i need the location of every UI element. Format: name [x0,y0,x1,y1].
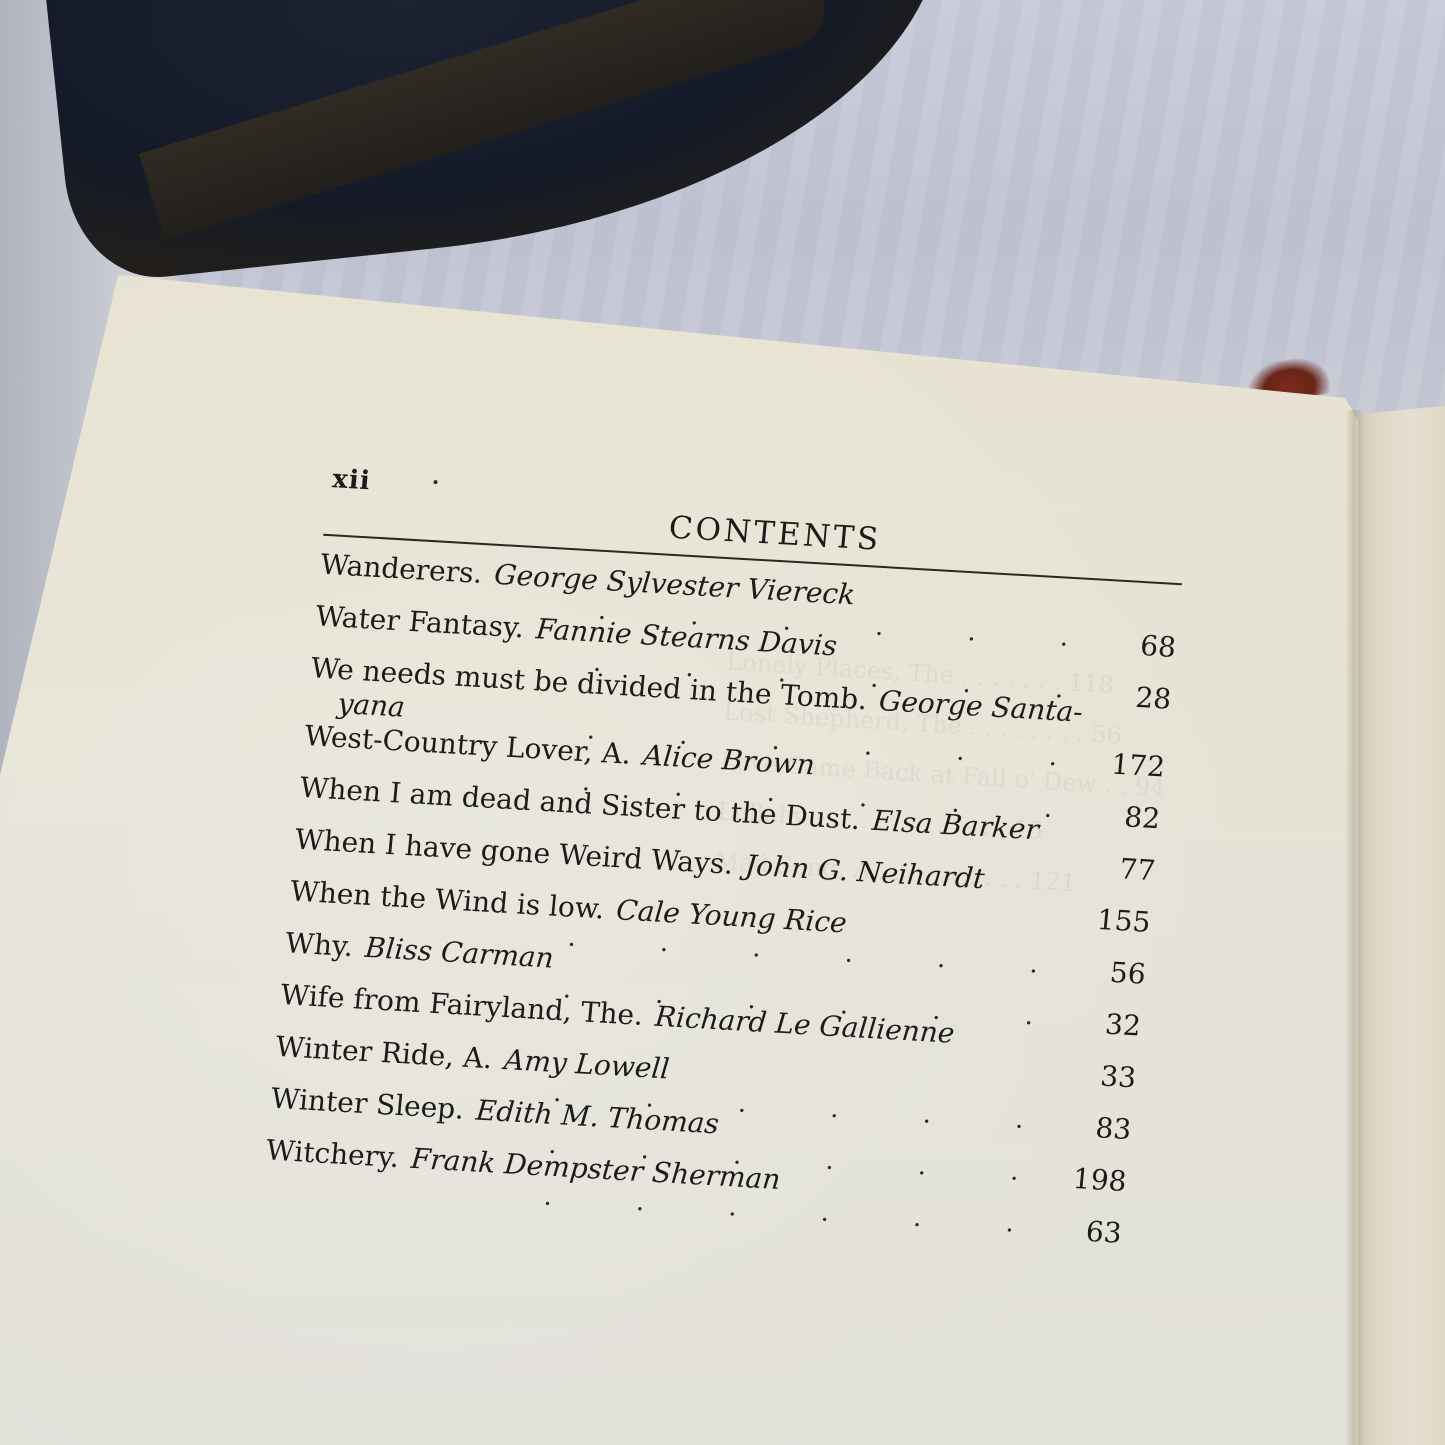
entry-title: Witchery. [265,1134,401,1175]
entry-title: Why. [284,926,355,963]
ink-speck [433,480,437,484]
book-photo: Lonely Places, The . . . . . . . 118 Los… [0,0,1445,1445]
gutter-shadow [1345,410,1363,1445]
entry-author-continuation: yana [336,687,406,725]
contents-text-block: xii CONTENTS Wanderers.George Sylvester … [263,462,1189,1235]
entry-page-number: 63 [1068,1214,1123,1251]
contents-list: Wanderers.George Sylvester Viereck . . .… [263,548,1181,1235]
entry-title: Wanderers. [319,548,484,590]
facing-page [1352,405,1445,1445]
